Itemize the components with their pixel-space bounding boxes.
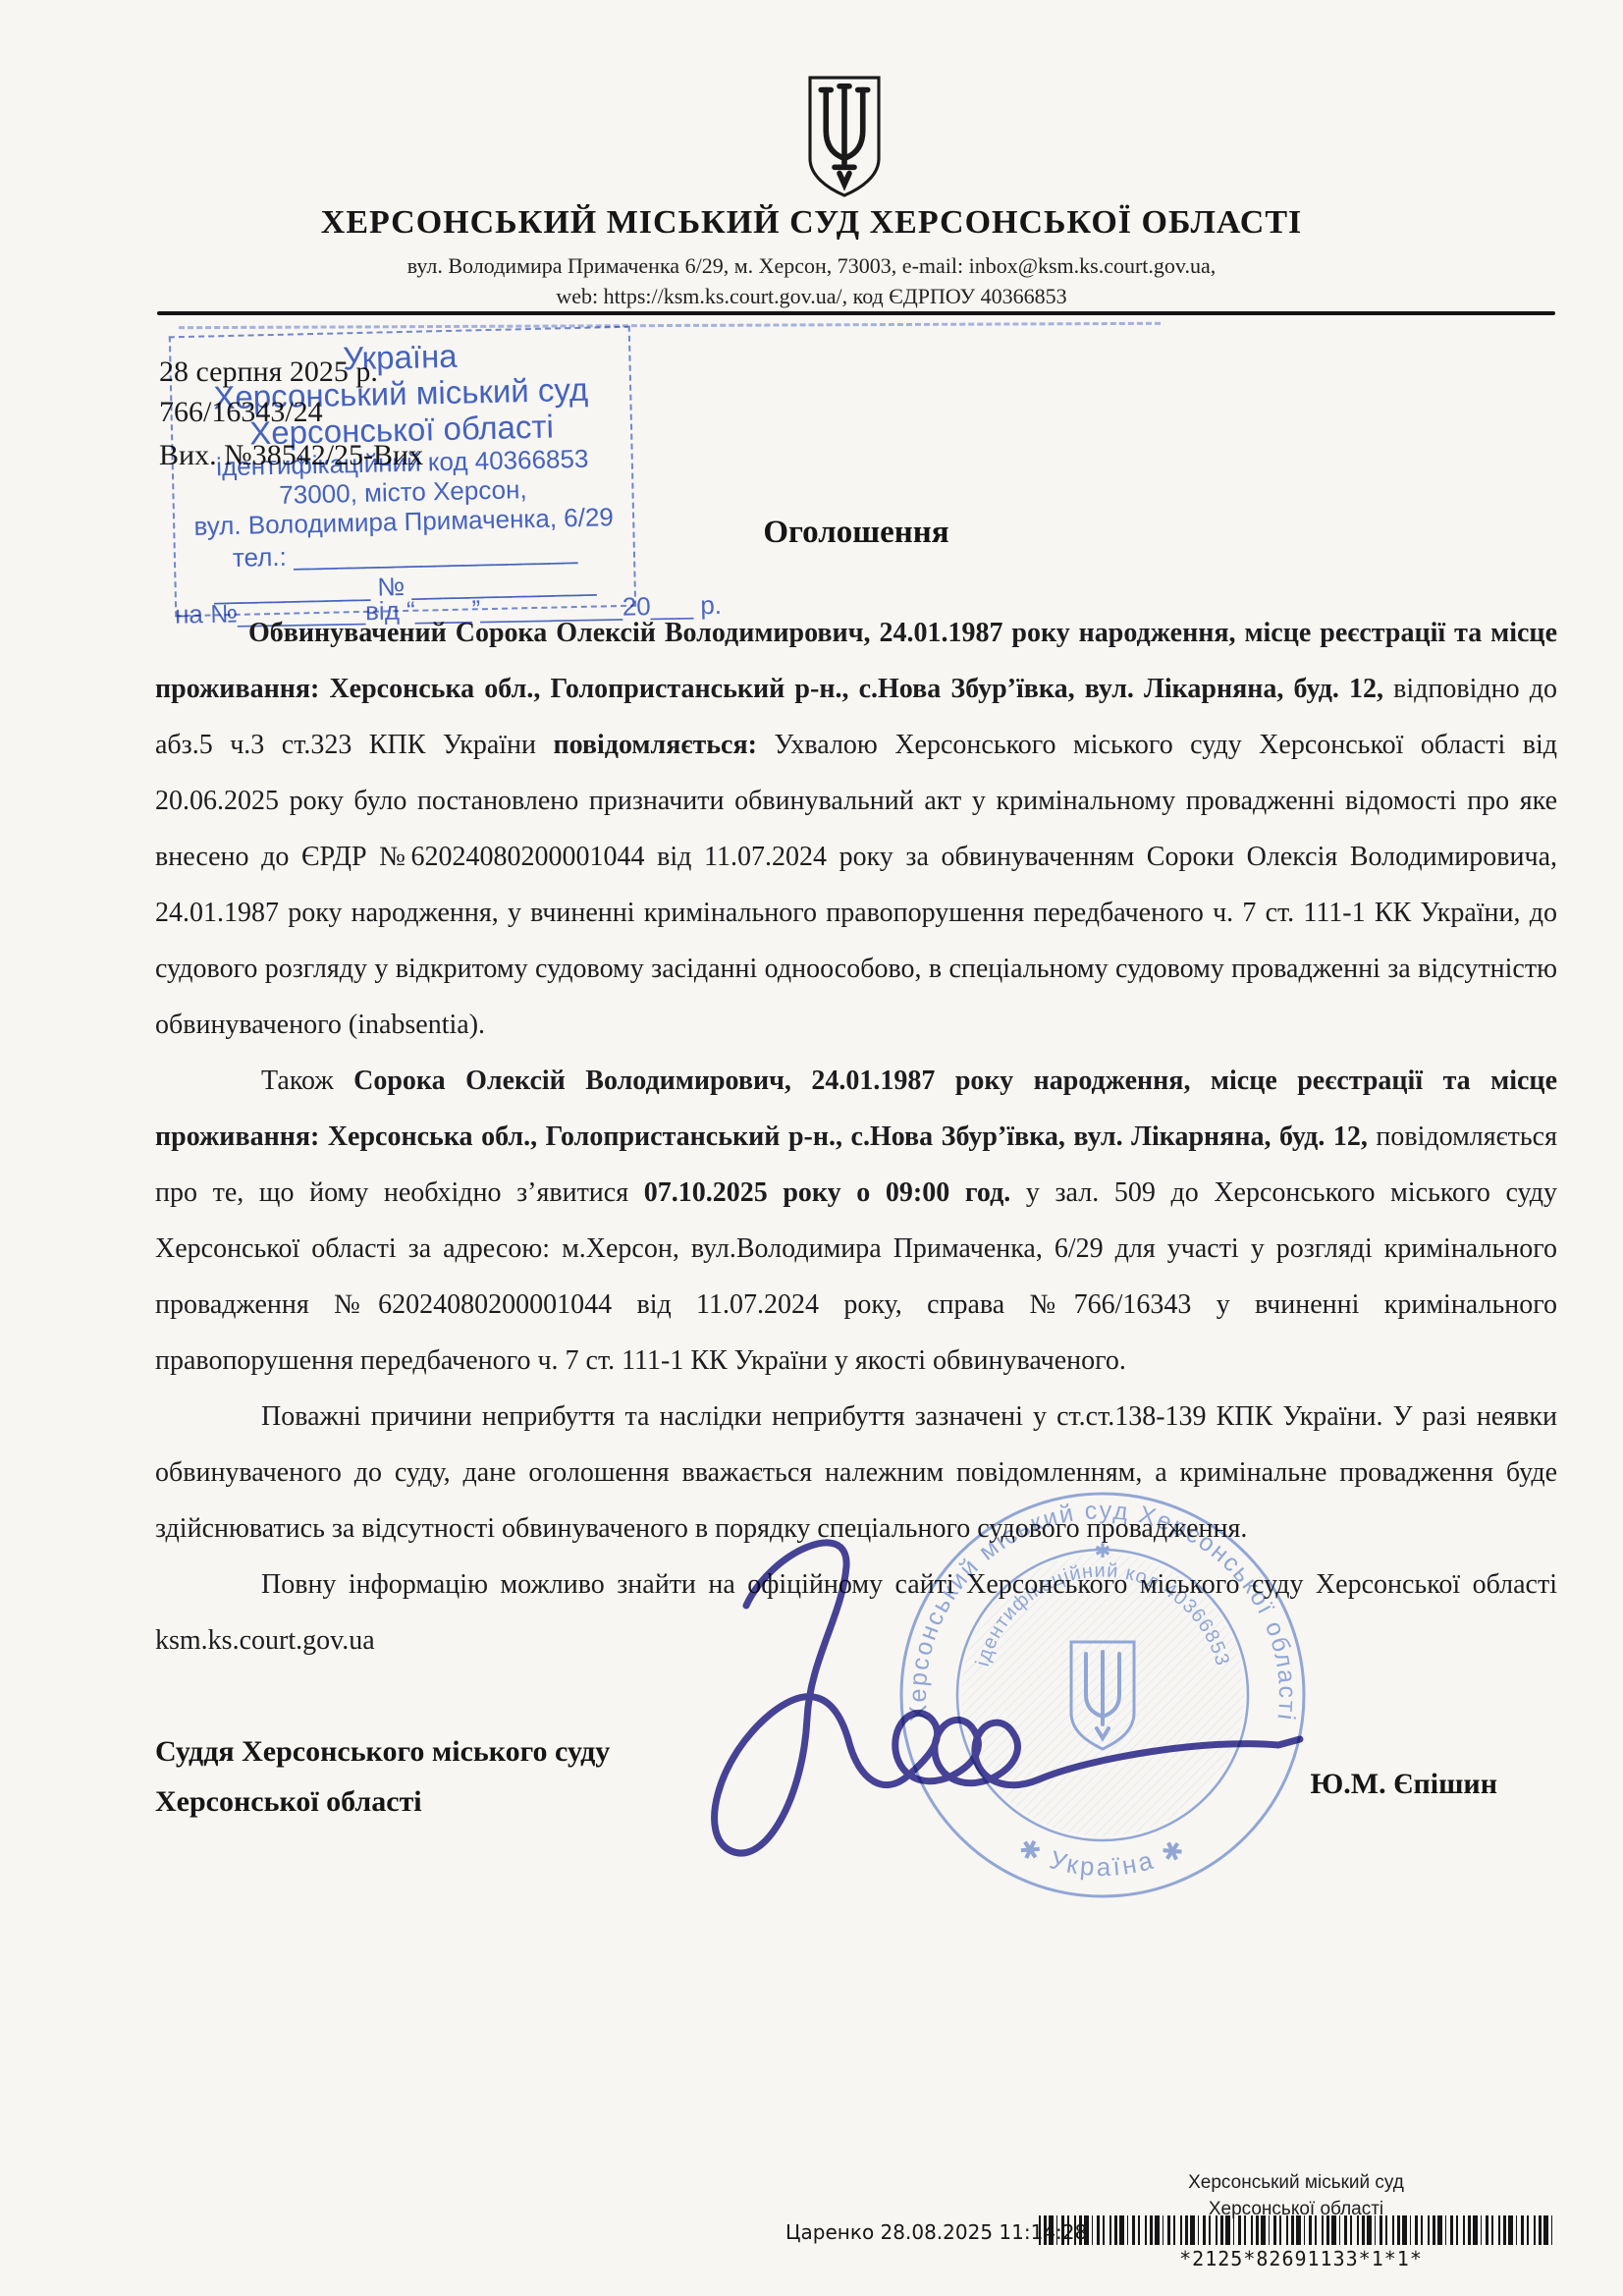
judge-signature bbox=[677, 1512, 1325, 1895]
court-web-line: web: https://ksm.ks.court.gov.ua/, код Є… bbox=[0, 284, 1623, 309]
ukraine-trident-icon bbox=[803, 73, 886, 200]
scanned-court-document: ХЕРСОНСЬКИЙ МІСЬКИЙ СУД ХЕРСОНСЬКОЇ ОБЛА… bbox=[0, 0, 1623, 2296]
paragraph-summons: Також Сорока Олексій Володимирович, 24.0… bbox=[155, 1053, 1557, 1389]
document-barcode bbox=[1039, 2215, 1553, 2245]
stamp-smear-line bbox=[179, 322, 1161, 329]
barcode-number: *2125*82691133*1*1* bbox=[1129, 2247, 1473, 2270]
judge-name: Ю.М. Єпішин bbox=[1311, 1768, 1497, 1801]
judge-title-line2: Херсонської області bbox=[155, 1777, 610, 1827]
header-divider bbox=[157, 311, 1555, 315]
footer-court-line1: Херсонський міський суд bbox=[1100, 2172, 1492, 2194]
notified-bold: повідомляється: bbox=[553, 730, 756, 760]
court-name-heading: ХЕРСОНСЬКИЙ МІСЬКИЙ СУД ХЕРСОНСЬКОЇ ОБЛА… bbox=[0, 204, 1623, 242]
also-text: Також bbox=[261, 1066, 353, 1096]
hearing-datetime-bold: 07.10.2025 року о 09:00 год. bbox=[644, 1177, 1011, 1208]
judge-title-line1: Суддя Херсонського міського суду bbox=[155, 1726, 610, 1777]
paragraph-notification: Обвинувачений Сорока Олексій Володимиров… bbox=[155, 605, 1557, 1053]
document-title: Оголошення bbox=[155, 515, 1557, 551]
court-rectangular-stamp: Україна Херсонський міський суд Херсонсь… bbox=[169, 326, 636, 618]
judge-title: Суддя Херсонського міського суду Херсонс… bbox=[155, 1726, 610, 1827]
document-body: Обвинувачений Сорока Олексій Володимиров… bbox=[155, 605, 1557, 1668]
court-address-line: вул. Володимира Примаченка 6/29, м. Херс… bbox=[0, 253, 1623, 279]
accused-name-bold-2: Сорока Олексій Володимирович, 24.01.1987… bbox=[155, 1066, 1557, 1152]
accused-name-bold: Обвинувачений Сорока Олексій Володимиров… bbox=[155, 618, 1557, 704]
ruling-text: Ухвалою Херсонського міського суду Херсо… bbox=[155, 730, 1557, 1040]
